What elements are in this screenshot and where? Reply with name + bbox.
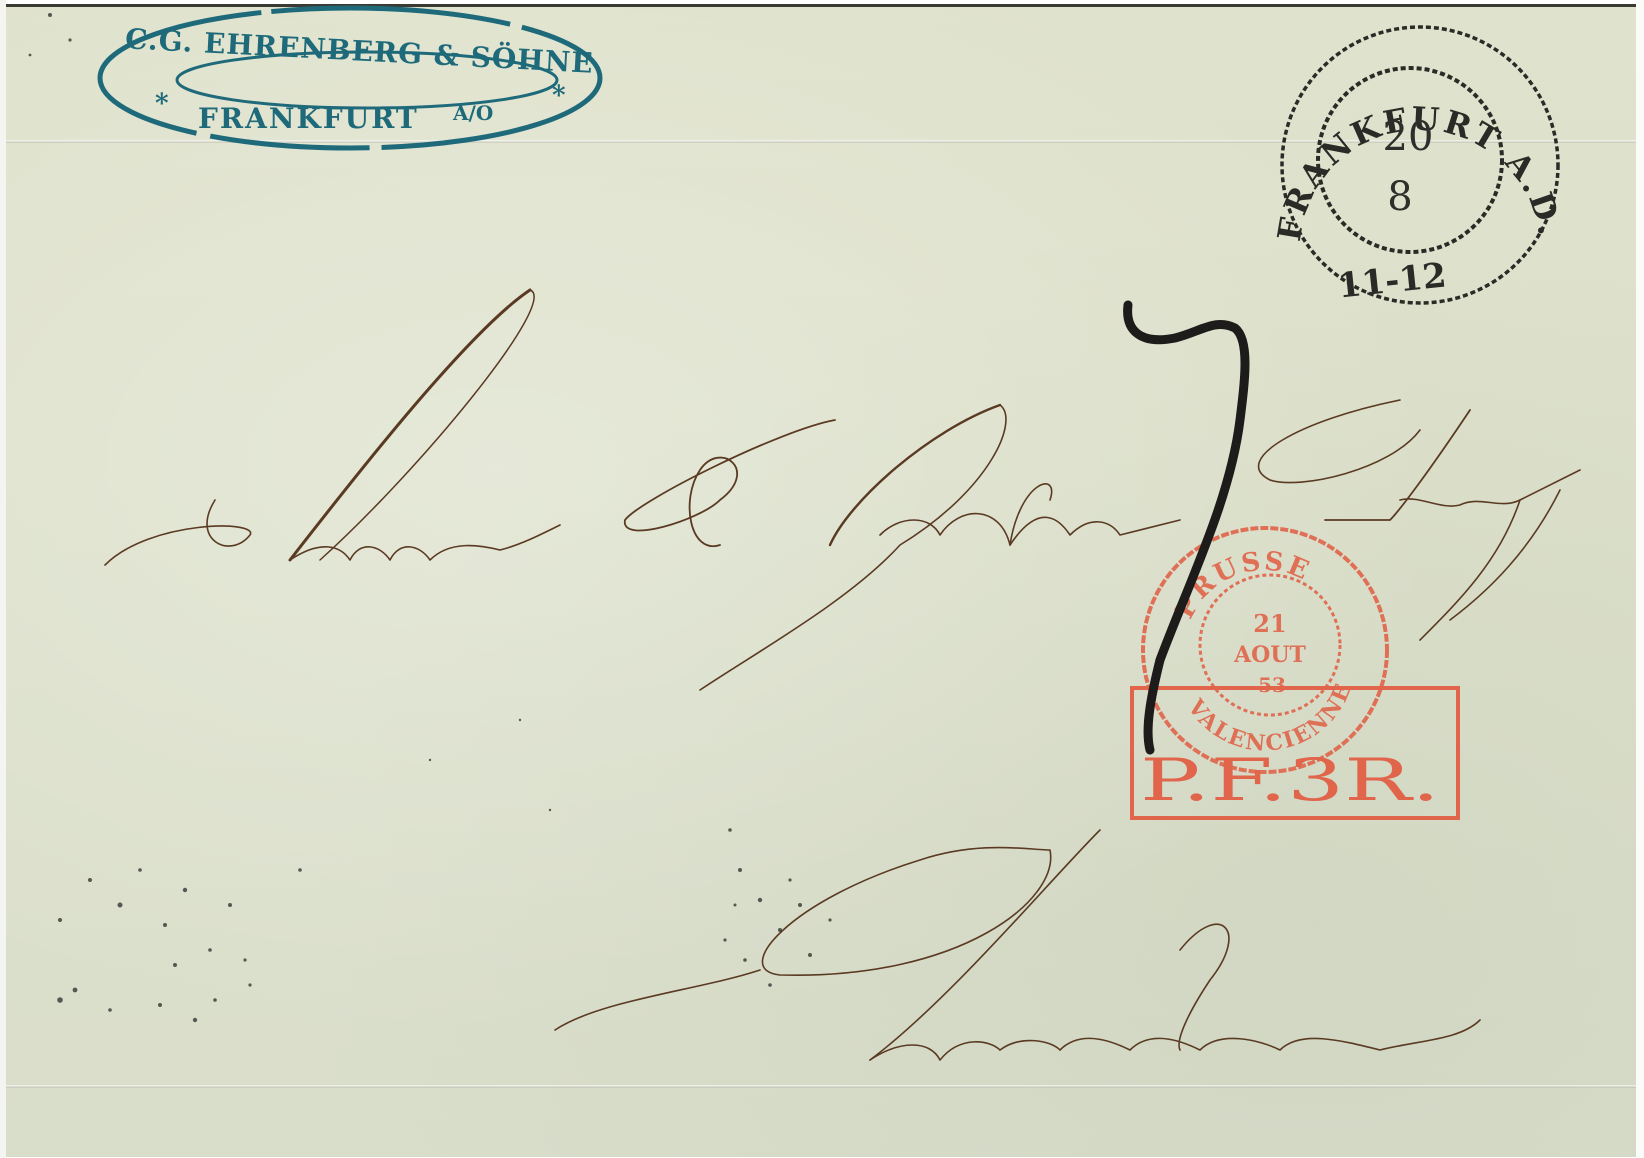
postal-cover: C.G. EHRENBERG & SÖHNE FRANKFURT A/O * *… [0, 0, 1644, 1158]
transit-postmark-day: 21 [1253, 609, 1286, 638]
charge-mark-value: 7 [0, 0, 10, 4]
cover-markings: C.G. EHRENBERG & SÖHNE FRANKFURT A/O * *… [0, 0, 1644, 1158]
ink-smudges [29, 13, 832, 1022]
sender-stamp-line2-suffix: A/O [452, 101, 493, 125]
sender-stamp-line2: FRANKFURT [198, 102, 419, 135]
transit-postmark-month: AOUT [1233, 642, 1306, 668]
origin-postmark-month: 8 [1387, 174, 1412, 220]
origin-postmark-time: 11-12 [1336, 255, 1448, 306]
star-icon: * [155, 89, 169, 119]
star-icon: * [552, 81, 566, 111]
boxed-mark-text: P.F.3R. [1140, 746, 1440, 814]
sender-stamp: C.G. EHRENBERG & SÖHNE FRANKFURT A/O * * [100, 8, 600, 148]
origin-postmark-day: 20 [1383, 114, 1434, 160]
charge-mark: 7 [0, 0, 1245, 750]
transit-postmark-year: 53 [1258, 673, 1286, 697]
boxed-mark: P.F.3R. [1132, 688, 1458, 818]
